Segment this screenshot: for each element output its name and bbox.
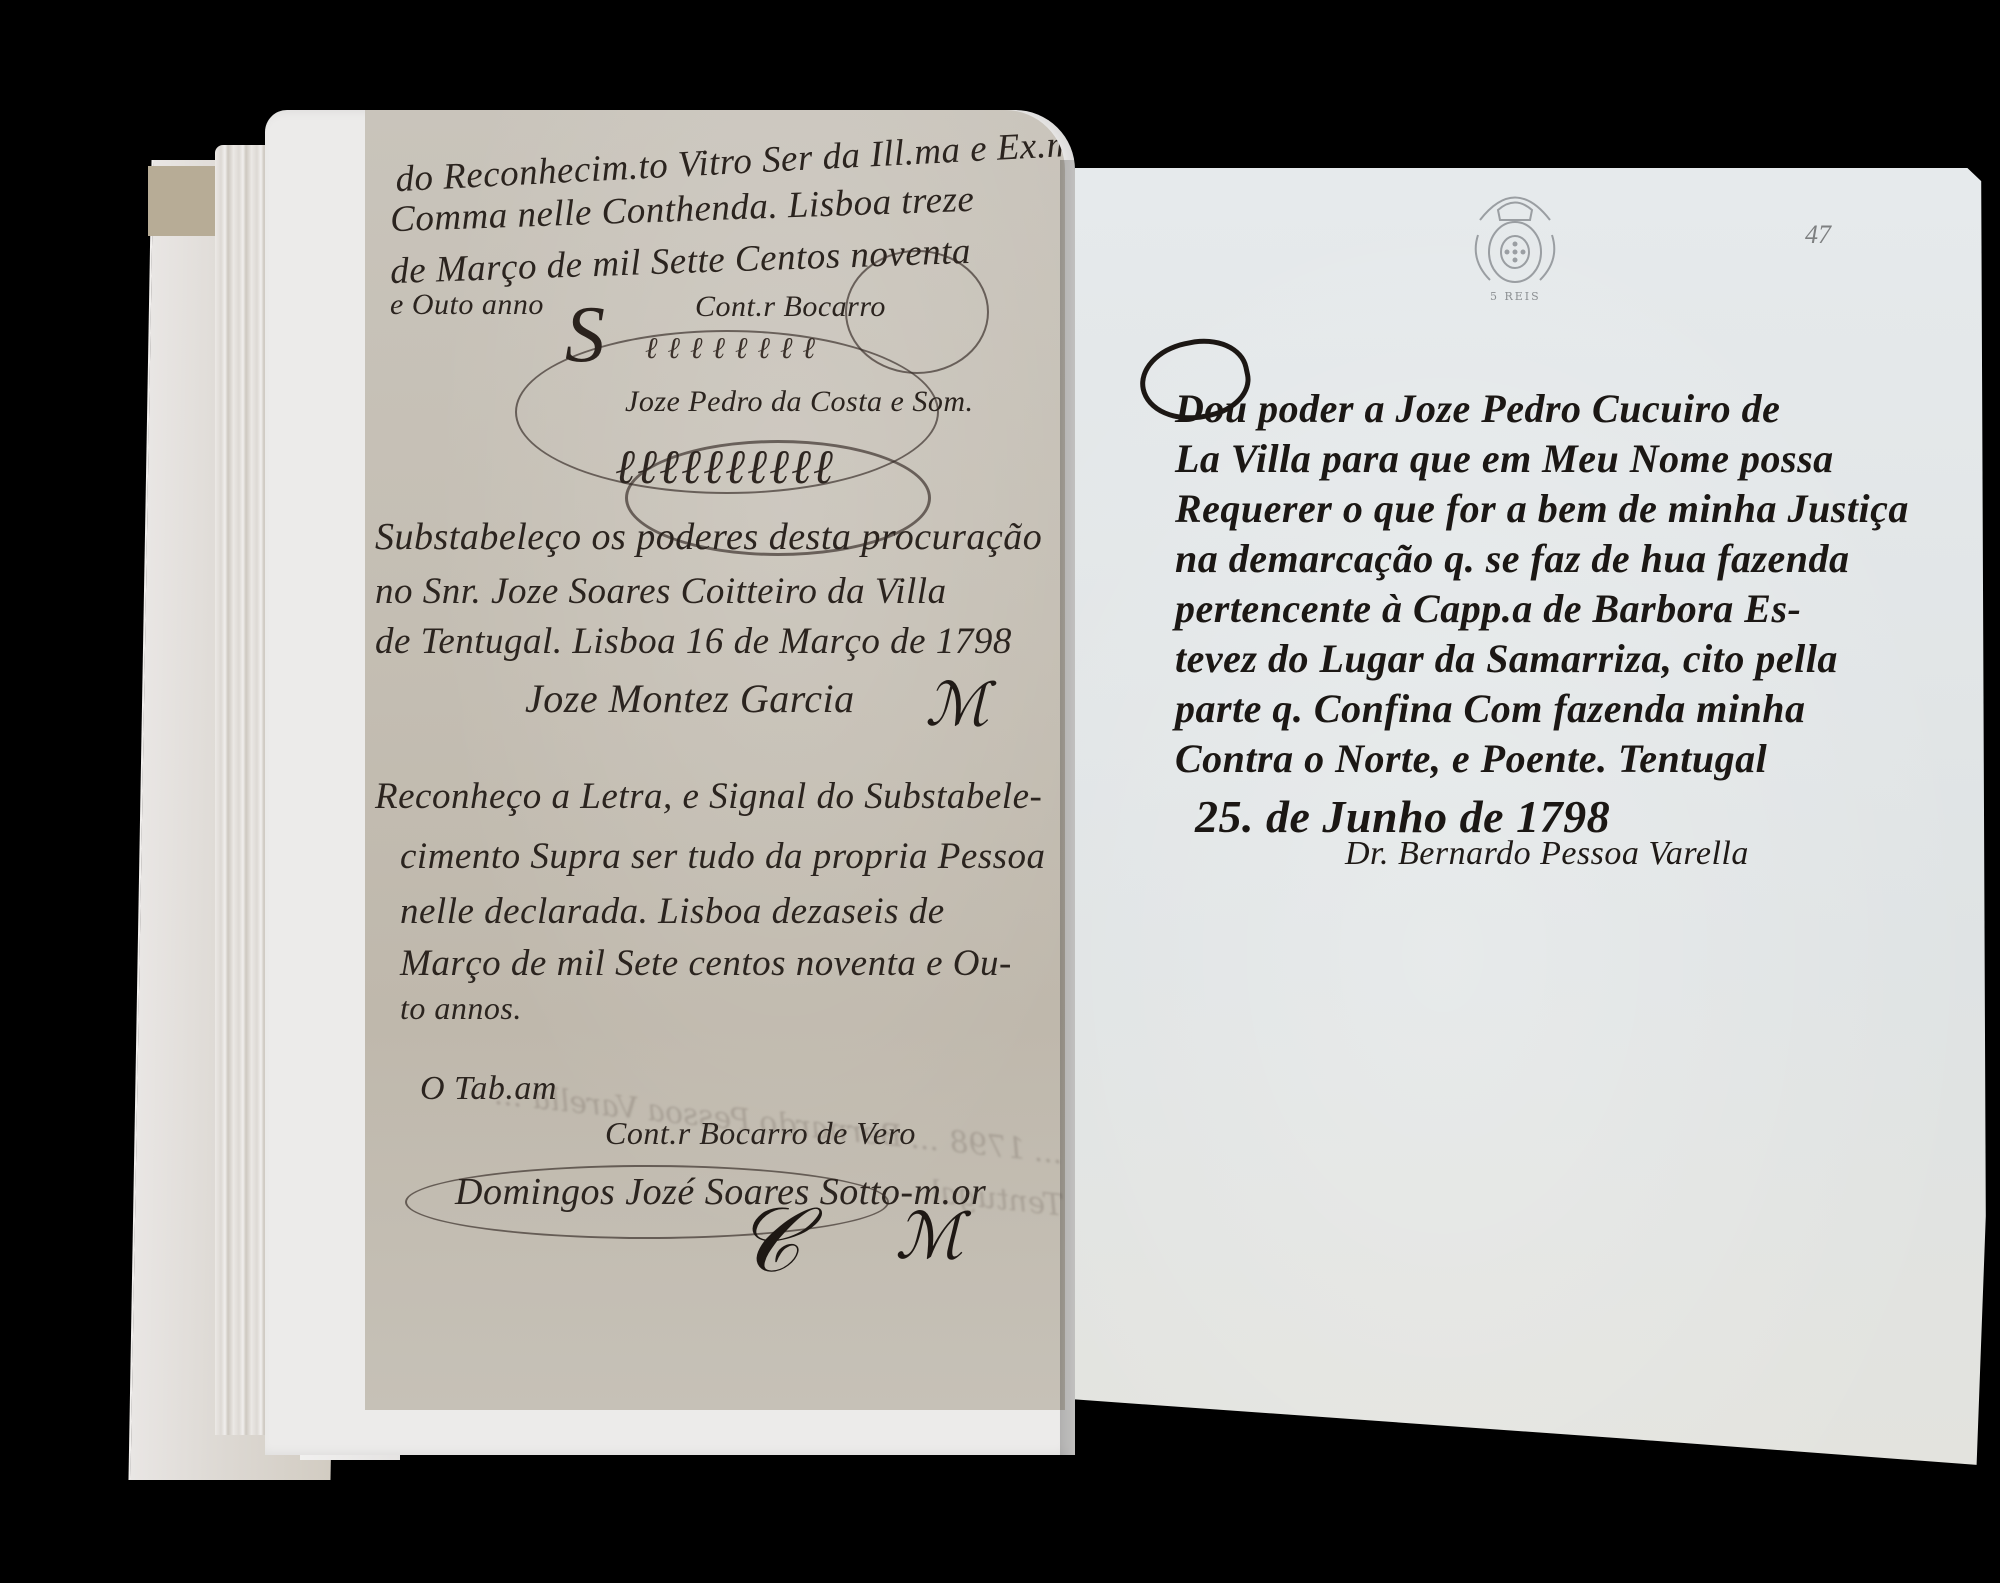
- left-page: ... 1798 ... Bernardo Pessoa Varella ...…: [365, 110, 1065, 1410]
- ornate-initial: S: [565, 290, 606, 381]
- stamp-value-label: 5 REIS: [1490, 290, 1541, 303]
- reconhecimento-line: to annos.: [400, 990, 522, 1027]
- body-line: La Villa para que em Meu Nome possa: [1175, 435, 1834, 482]
- notary-signature: Cont.r Bocarro de Vero: [605, 1115, 916, 1152]
- signature-rubric: ℳ: [925, 670, 990, 740]
- opening-line: e Outo anno: [390, 288, 544, 322]
- body-line: parte q. Confina Com fazenda minha: [1175, 685, 1805, 732]
- ornate-signature-line: Cont.r Bocarro: [695, 290, 886, 324]
- flourish-loop: [405, 1165, 889, 1239]
- reconhecimento-line: cimento Supra ser tudo da propria Pessoa: [400, 835, 1046, 878]
- body-line: pertencente à Capp.a de Barbora Es-: [1175, 585, 1801, 632]
- reconhecimento-line: Março de mil Sete centos noventa e Ou-: [400, 942, 1012, 985]
- notary-rubric: ℳ: [895, 1200, 964, 1274]
- substabelecimento-line: Substabeleço os poderes desta procuração: [375, 515, 1042, 559]
- notary-label: O Tab.am: [420, 1070, 557, 1108]
- coat-of-arms-stamp-icon: [1460, 180, 1570, 300]
- ornate-signature-line: Joze Pedro da Costa e Som.: [625, 385, 974, 419]
- body-line: tevez do Lugar da Samarriza, cito pella: [1175, 635, 1838, 682]
- reconhecimento-line: Reconheço a Letra, e Signal do Substabel…: [375, 775, 1042, 818]
- signature: Dr. Bernardo Pessoa Varella: [1345, 835, 1749, 873]
- loop-ornament: ℓℓℓℓℓℓℓℓℓℓ: [615, 440, 835, 495]
- substabelecimento-line: no Snr. Joze Soares Coitteiro da Villa: [375, 570, 947, 613]
- notary-rubric: 𝒞: [735, 1190, 801, 1294]
- substabelecimento-line: de Tentugal. Lisboa 16 de Março de 1798: [375, 620, 1012, 663]
- substabelecimento-signature: Joze Montez Garcia: [525, 675, 855, 722]
- body-line: Contra o Norte, e Poente. Tentugal: [1175, 735, 1767, 782]
- body-line: na demarcação q. se faz de hua fazenda: [1175, 535, 1850, 582]
- body-line: Requerer o que for a bem de minha Justiç…: [1175, 485, 1909, 532]
- loop-ornament: ℓℓℓℓℓℓℓℓ: [645, 332, 825, 366]
- body-line: Dou poder a Joze Pedro Cucuiro de: [1175, 385, 1780, 432]
- reconhecimento-line: nelle declarada. Lisboa dezaseis de: [400, 890, 945, 933]
- folio-number: 47: [1805, 220, 1831, 250]
